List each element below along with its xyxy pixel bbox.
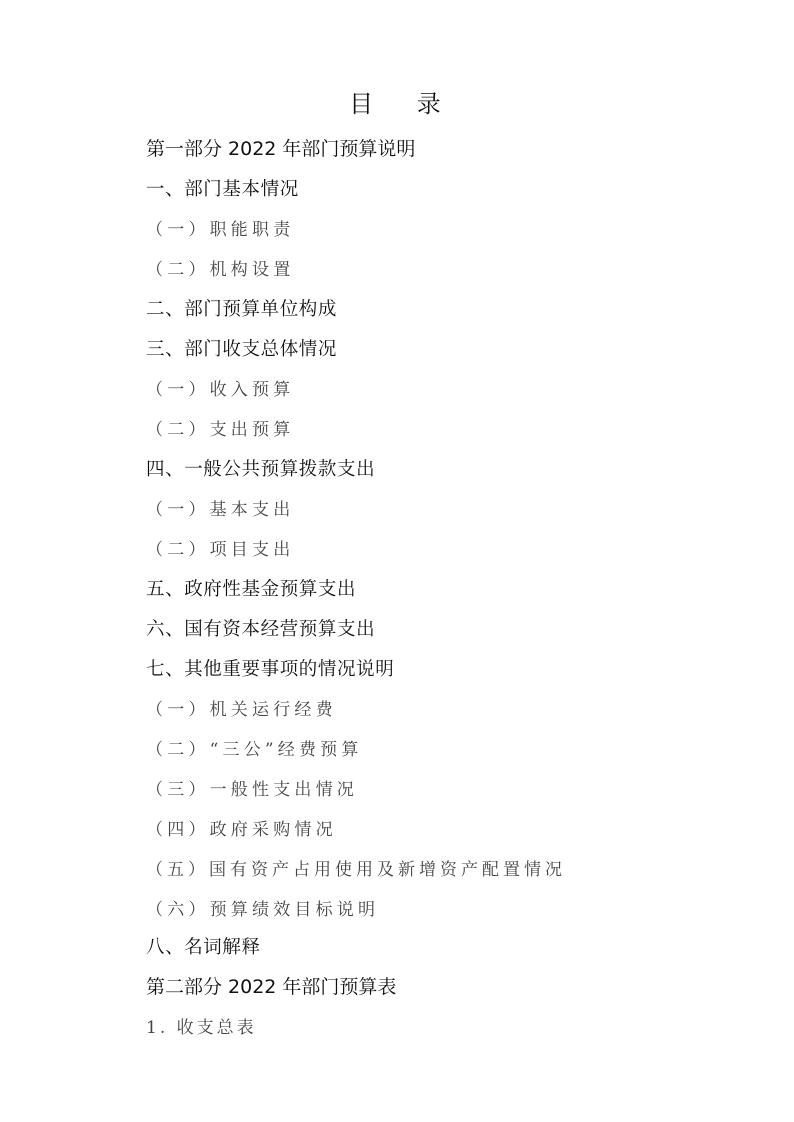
toc-subsection-7-6[interactable]: （六）预算绩效目标说明 xyxy=(146,895,379,920)
toc-subsection-3-1[interactable]: （一）收入预算 xyxy=(146,375,294,400)
page-title: 目 录 xyxy=(0,84,794,119)
toc-section-2[interactable]: 二、部门预算单位构成 xyxy=(146,295,337,321)
toc-section-3[interactable]: 三、部门收支总体情况 xyxy=(146,335,337,361)
toc-subsection-7-4[interactable]: （四）政府采购情况 xyxy=(146,815,337,840)
toc-subsection-1-2[interactable]: （二）机构设置 xyxy=(146,255,294,280)
toc-part-2[interactable]: 第二部分 2022 年部门预算表 xyxy=(146,972,396,999)
toc-section-7[interactable]: 七、其他重要事项的情况说明 xyxy=(146,655,394,681)
toc-section-6[interactable]: 六、国有资本经营预算支出 xyxy=(146,615,375,641)
toc-subsection-7-3[interactable]: （三）一般性支出情况 xyxy=(146,775,358,800)
toc-subsection-3-2[interactable]: （二）支出预算 xyxy=(146,415,294,440)
toc-subsection-7-2[interactable]: （二）“三公”经费预算 xyxy=(146,735,363,760)
toc-subsection-7-1[interactable]: （一）机关运行经费 xyxy=(146,695,337,720)
toc-part-1[interactable]: 第一部分 2022 年部门预算说明 xyxy=(146,134,415,161)
toc-subsection-4-2[interactable]: （二）项目支出 xyxy=(146,535,294,560)
toc-section-1[interactable]: 一、部门基本情况 xyxy=(146,175,299,201)
toc-subsection-1-1[interactable]: （一）职能职责 xyxy=(146,215,294,240)
toc-section-8[interactable]: 八、名词解释 xyxy=(146,933,261,959)
toc-subsection-7-5[interactable]: （五）国有资产占用使用及新增资产配置情况 xyxy=(146,855,566,880)
toc-table-1[interactable]: 1. 收支总表 xyxy=(146,1013,257,1038)
toc-section-4[interactable]: 四、一般公共预算拨款支出 xyxy=(146,455,375,481)
toc-subsection-4-1[interactable]: （一）基本支出 xyxy=(146,495,294,520)
toc-section-5[interactable]: 五、政府性基金预算支出 xyxy=(146,575,356,601)
